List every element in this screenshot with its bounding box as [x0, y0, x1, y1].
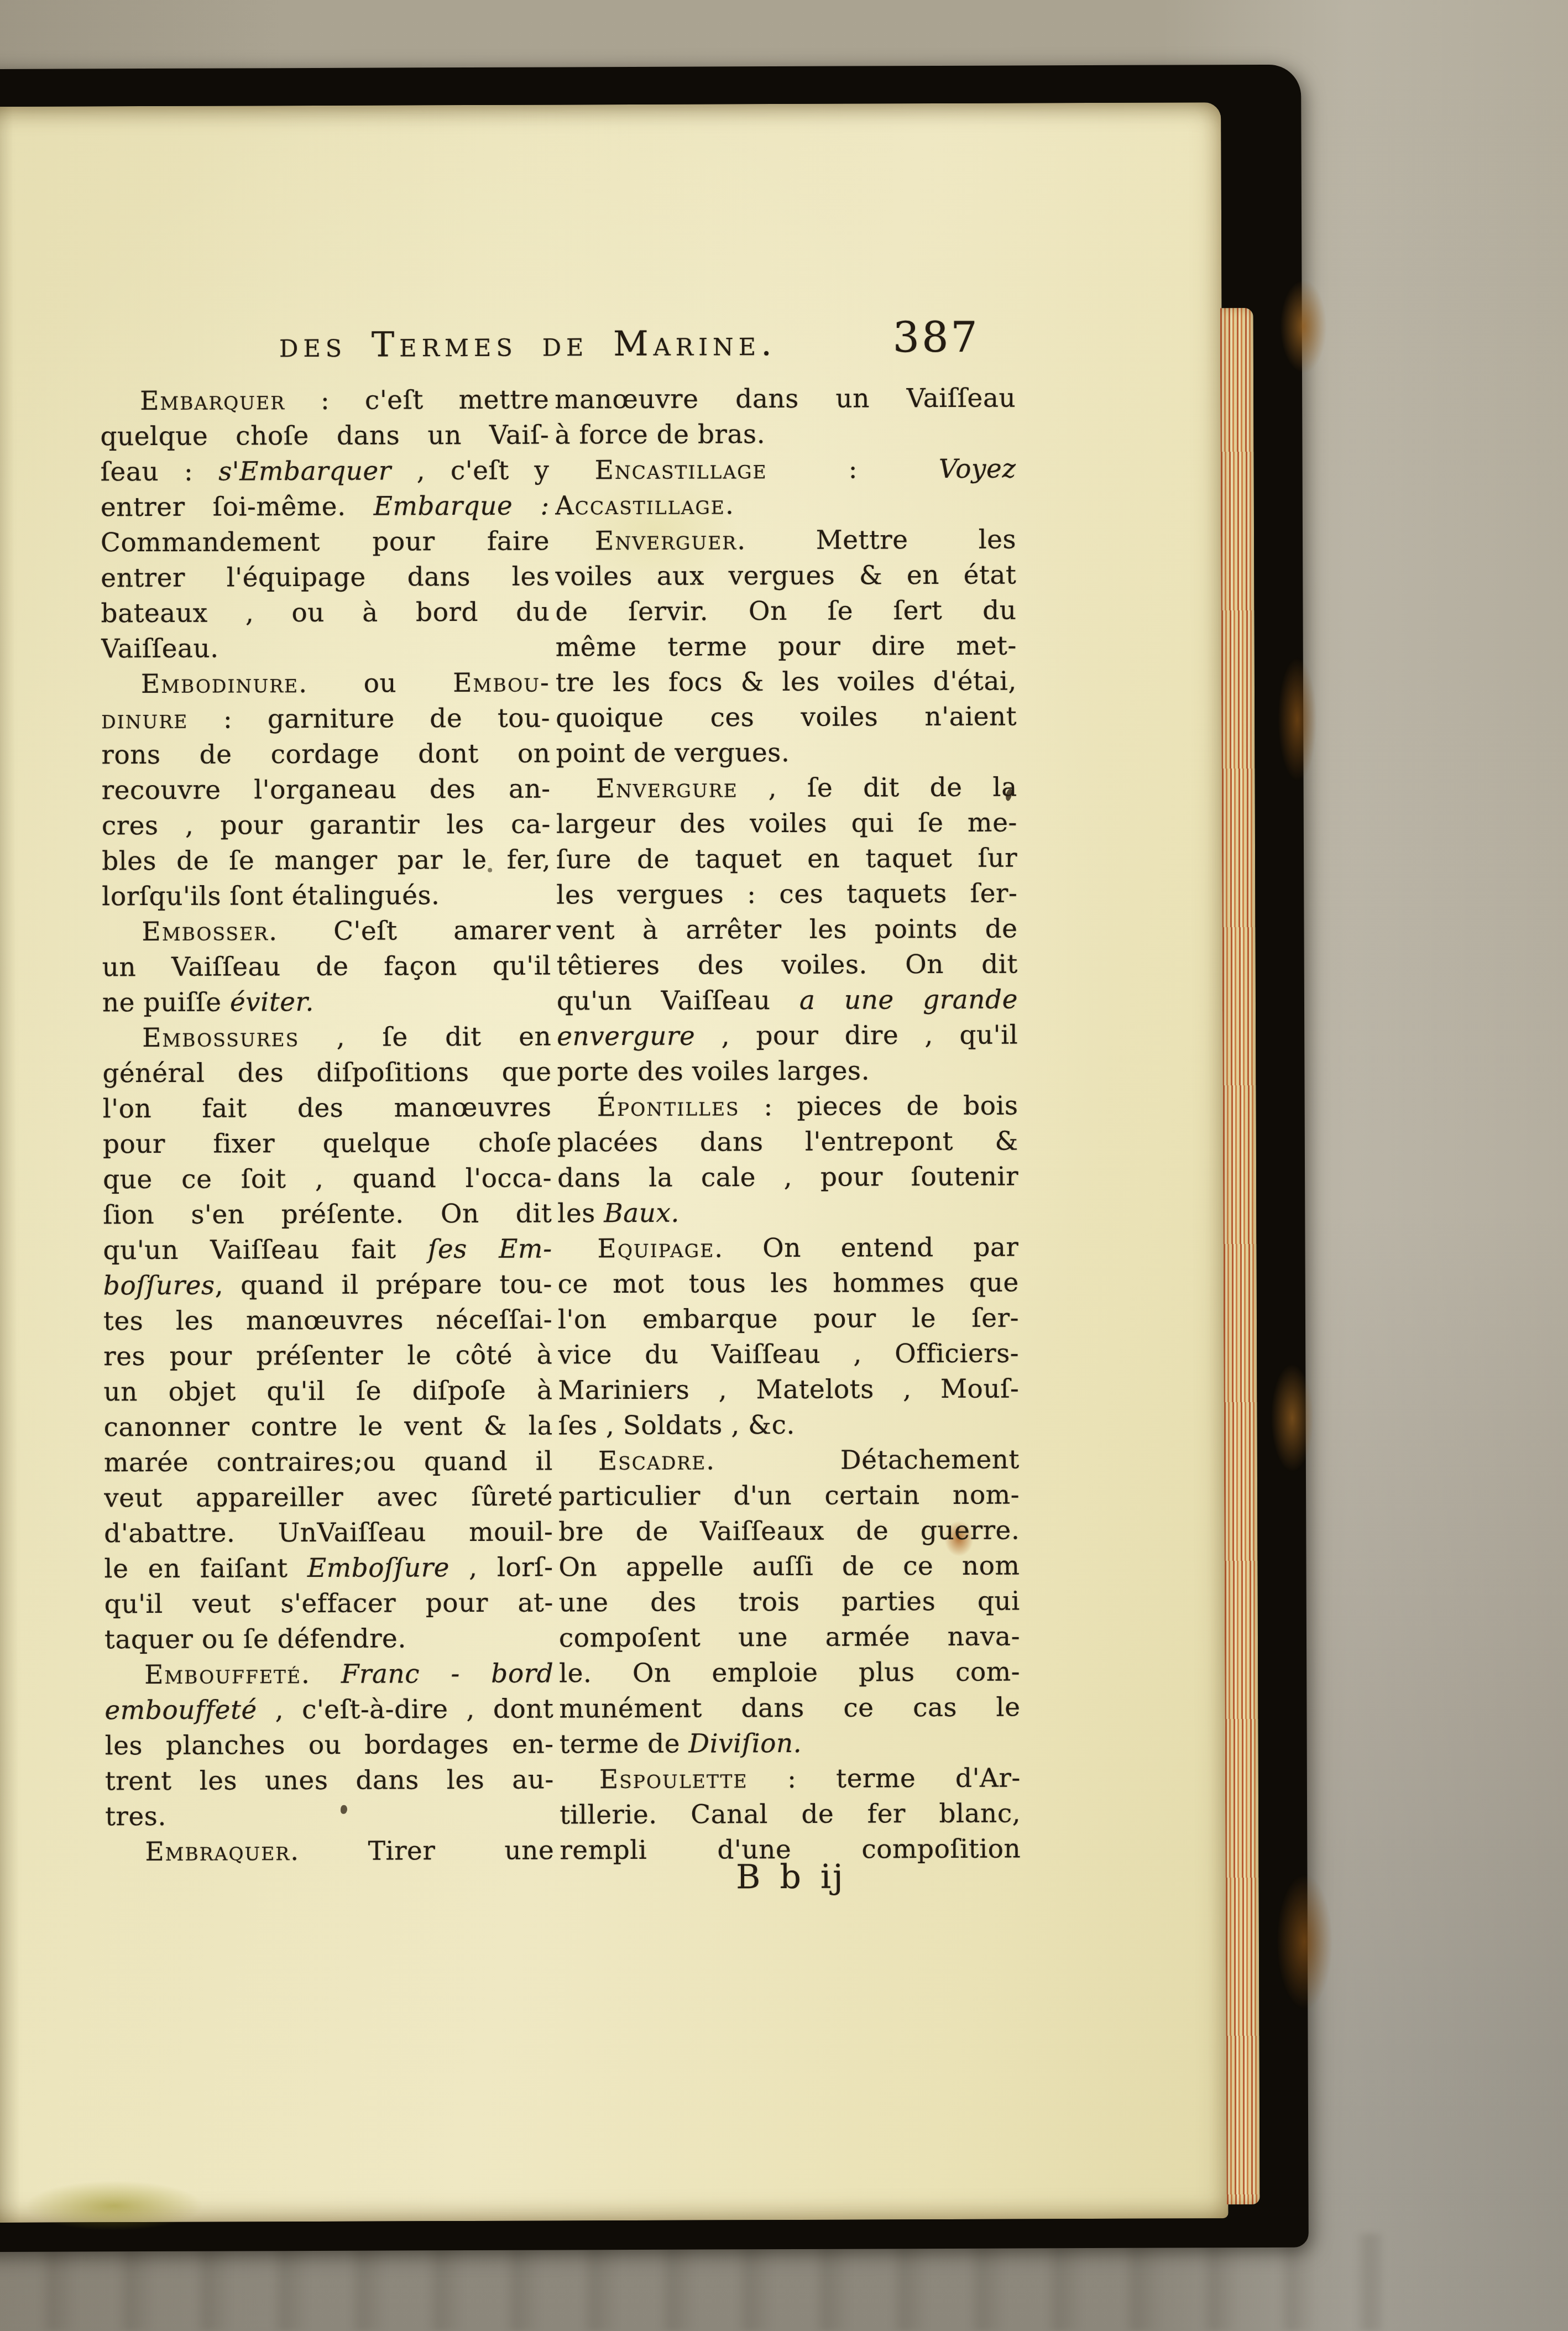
text-line: Envergure , ſe dit de la	[556, 770, 1017, 807]
body-text: ſure de taquet en taquet ſur	[556, 843, 1017, 875]
body-text: : c'eſt mettre	[285, 384, 549, 416]
text-line: Equipage. On entend par	[557, 1230, 1018, 1267]
text-line: Embosser. C'eſt amarer	[102, 913, 551, 950]
text-line: dinure : garniture de tou-	[101, 701, 550, 738]
body-text: d'abattre. UnVaiſſeau mouil-	[104, 1517, 553, 1549]
body-text: res pour préſenter le côté à	[103, 1340, 552, 1372]
text-line: Embodinure. ou Embou-	[101, 665, 550, 702]
body-text: . C'eſt amarer	[269, 915, 551, 947]
body-text: , c'eſt-à-dire , dont	[257, 1694, 554, 1725]
body-text: trent les unes dans les au-	[105, 1764, 554, 1796]
body-text: une des trois parties qui	[559, 1586, 1020, 1618]
body-text: ce mot tous les hommes que	[558, 1268, 1019, 1300]
body-text: bre de Vaiſſeaux de guerre.	[558, 1515, 1020, 1548]
body-text: canonner contre le vent & la	[104, 1410, 553, 1442]
body-text: taquer ou ſe défendre.	[104, 1623, 406, 1655]
text-line: voiles aux vergues & en état	[555, 558, 1016, 595]
body-text: , c'eſt y	[391, 455, 550, 486]
text-line: le en faiſant Emboſſure , lorſ-	[104, 1550, 553, 1587]
body-text: même terme pour dire met-	[556, 631, 1017, 663]
text-line: Espoulette : terme d'Ar-	[560, 1761, 1021, 1798]
text-line: tillerie. Canal de fer blanc,	[560, 1796, 1021, 1833]
text-line: tes les manœuvres néceſſai-	[103, 1302, 552, 1339]
text-line: point de vergues.	[556, 735, 1017, 772]
text-column-right: manœuvre dans un Vaiſſeauà force de bras…	[555, 381, 1021, 1869]
text-line: les Baux.	[557, 1195, 1018, 1232]
text-line: Embouffeté. Franc - bord	[104, 1656, 553, 1693]
text-line: Enverguer. Mettre les	[555, 522, 1016, 560]
text-line: qu'un Vaiſſeau a une grande	[557, 982, 1018, 1020]
text-line: terme de Diviſion.	[560, 1726, 1021, 1763]
body-text: compoſent une armée nava-	[559, 1622, 1020, 1654]
text-line: canonner contre le vent & la	[104, 1408, 553, 1445]
body-text: qu'il veut s'effacer pour at-	[104, 1587, 553, 1619]
body-text: : terme d'Ar-	[748, 1763, 1020, 1795]
text-line: l'on embarque pour le ſer-	[558, 1301, 1019, 1338]
italic-text: éviter.	[230, 987, 314, 1018]
body-text: lorſqu'ils ſont étalingués.	[102, 880, 440, 912]
text-line: qu'il veut s'effacer pour at-	[104, 1585, 553, 1622]
body-text: voiles aux vergues & en état	[555, 560, 1016, 592]
text-line: Mariniers , Matelots , Mouſ-	[558, 1372, 1019, 1409]
headword-text: Embarquer	[140, 385, 285, 416]
italic-text: embouffeté	[104, 1695, 257, 1726]
text-line: bateaux , ou à bord du	[101, 594, 550, 631]
page-fore-edge	[1220, 308, 1260, 2204]
text-line: marée contraires;ou quand il	[104, 1444, 553, 1481]
body-text: vent à arrêter les points de	[556, 914, 1017, 946]
text-line: bre de Vaiſſeaux de guerre.	[558, 1513, 1020, 1550]
body-text: ne puiſſe	[102, 987, 230, 1018]
text-line: envergure , pour dire , qu'il	[557, 1018, 1018, 1055]
body-text: général des diſpoſitions que	[102, 1057, 551, 1089]
text-line: rons de cordage dont on	[101, 736, 550, 773]
text-line: ne puiſſe éviter.	[102, 984, 551, 1021]
body-text: . Détachement	[706, 1445, 1020, 1476]
text-line: l'on fait des manœuvres	[103, 1090, 552, 1127]
body-text: dans la cale , pour ſoutenir	[557, 1162, 1018, 1194]
text-line: largeur des voiles qui ſe me-	[556, 806, 1017, 843]
body-text: à force de bras.	[555, 419, 765, 450]
italic-text: Embarque :	[374, 490, 550, 521]
body-text: vice du Vaiſſeau , Officiers-	[558, 1339, 1019, 1371]
body-text: que ce ſoit , quand l'occa-	[103, 1163, 552, 1195]
headword-text: Espoulette	[599, 1764, 748, 1795]
body-text: ſion s'en préſente. On dit	[103, 1198, 552, 1230]
body-text: . ou	[299, 668, 453, 699]
text-line: boſſures, quand il prépare tou-	[103, 1267, 552, 1304]
text-line: qu'un Vaiſſeau fait ſes Em-	[103, 1231, 552, 1268]
body-text: rons de cordage dont on	[101, 738, 550, 770]
body-text: manœuvre dans un Vaiſſeau	[555, 383, 1016, 415]
text-line: compoſent une armée nava-	[559, 1619, 1020, 1656]
text-line: porte des voiles larges.	[557, 1053, 1018, 1090]
body-text: . Mettre les	[737, 525, 1016, 556]
body-text: tes les manœuvres néceſſai-	[103, 1304, 552, 1336]
text-line: général des diſpoſitions que	[102, 1054, 551, 1091]
body-text: munément dans ce cas le	[559, 1692, 1020, 1724]
italic-text: boſſures	[103, 1271, 215, 1302]
text-line: taquer ou ſe défendre.	[104, 1621, 553, 1658]
body-text: les vergues : ces taquets ſer-	[556, 879, 1017, 911]
text-line: tres.	[105, 1797, 554, 1835]
text-line: une des trois parties qui	[559, 1584, 1020, 1621]
text-line: vent à arrêter les points de	[556, 912, 1017, 949]
italic-text: Voyez	[939, 454, 1016, 484]
body-text: un objet qu'il ſe diſpoſe à	[103, 1375, 552, 1407]
text-line: quelque choſe dans un Vaiſ-	[100, 417, 549, 454]
text-line: tre les focs & les voiles d'étai,	[556, 664, 1017, 701]
body-text: , quand il prépare tou-	[215, 1269, 552, 1300]
body-text: de ſervir. On ſe ſert du	[555, 595, 1016, 628]
headword-text: Accastillage.	[555, 490, 735, 521]
body-text: terme de	[560, 1729, 689, 1760]
body-text: l'on fait des manœuvres	[103, 1092, 552, 1124]
page-header: des Termes de Marine. 387	[80, 312, 1164, 377]
text-line: têtieres des voiles. On dit	[557, 947, 1018, 984]
headword-text: Encastillage	[595, 454, 767, 485]
headword-text: Equipage	[597, 1233, 714, 1264]
body-text: :	[767, 454, 939, 485]
text-line: Épontilles : pieces de bois	[557, 1089, 1018, 1126]
body-text: Commandement pour faire	[101, 526, 550, 558]
text-line: un Vaiſſeau de façon qu'il	[102, 948, 551, 985]
text-line: Accastillage.	[555, 487, 1016, 524]
text-line: ſes , Soldats , &c.	[558, 1407, 1020, 1444]
body-text: : pieces de bois	[740, 1091, 1018, 1122]
body-text: .	[301, 1659, 341, 1690]
italic-text: Diviſion.	[688, 1728, 802, 1759]
body-text: . Tirer une	[290, 1835, 554, 1867]
page-number: 387	[893, 312, 1026, 362]
body-text: entrer l'équipage dans les	[101, 561, 550, 593]
body-text: , pour dire , qu'il	[695, 1020, 1018, 1052]
text-line: particulier d'un certain nom-	[558, 1478, 1020, 1515]
text-line: quoique ces voiles n'aient	[556, 699, 1017, 736]
body-text: placées dans l'entrepont &	[557, 1126, 1018, 1158]
italic-text: Franc - bord	[341, 1658, 554, 1689]
text-line: entrer l'équipage dans les	[101, 559, 550, 596]
text-line: cres , pour garantir les ca-	[102, 807, 551, 844]
text-line: Embraquer. Tirer une	[105, 1833, 554, 1870]
body-text: qu'un Vaiſſeau fait	[103, 1234, 428, 1266]
text-line: veut appareiller avec ſûreté	[104, 1479, 553, 1516]
body-text: recouvre l'organeau des an-	[102, 773, 551, 806]
text-line: que ce ſoit , quand l'occa-	[103, 1161, 552, 1198]
text-line: recouvre l'organeau des an-	[102, 771, 551, 808]
headword-text: Embraquer	[145, 1836, 290, 1867]
body-text: : garniture de tou-	[188, 703, 550, 734]
headword-text: Embou-	[453, 667, 550, 698]
text-line: Encastillage : Voyez	[555, 452, 1016, 489]
text-line: Embossures , ſe dit en	[102, 1019, 551, 1056]
headword-text: Embossures	[142, 1022, 299, 1053]
text-line: les planches ou bordages en-	[105, 1727, 554, 1764]
text-line: On appelle auſſi de ce nom	[558, 1549, 1020, 1586]
headword-text: Embouffeté	[144, 1659, 301, 1690]
text-line: ce mot tous les hommes que	[558, 1266, 1019, 1303]
body-text: Mariniers , Matelots , Mouſ-	[558, 1374, 1019, 1406]
text-line: placées dans l'entrepont &	[557, 1124, 1018, 1161]
body-text: marée contraires;ou quand il	[104, 1446, 553, 1478]
page-title: des Termes de Marine.	[169, 322, 887, 365]
body-text: point de vergues.	[556, 738, 790, 769]
text-line: lorſqu'ils ſont étalingués.	[102, 877, 551, 914]
text-line: Vaiſſeau.	[101, 630, 550, 667]
body-text: ſes , Soldats , &c.	[558, 1410, 795, 1441]
body-text: , ſe dit en	[299, 1021, 551, 1053]
body-text: l'on embarque pour le ſer-	[558, 1303, 1019, 1335]
text-line: res pour préſenter le côté à	[103, 1337, 552, 1374]
italic-text: Emboſſure	[307, 1553, 450, 1583]
text-line: les vergues : ces taquets ſer-	[556, 876, 1017, 913]
text-line: pour fixer quelque choſe	[103, 1125, 552, 1162]
body-text: entrer ſoi-même.	[101, 492, 374, 523]
body-text: particulier d'un certain nom-	[558, 1480, 1020, 1512]
headword-text: Envergure	[596, 773, 738, 804]
headword-text: Embodinure	[141, 668, 299, 699]
body-text: , ſe dit de la	[738, 772, 1017, 804]
italic-text: s'Embarquer	[218, 456, 391, 487]
headword-text: Épontilles	[597, 1091, 740, 1122]
body-text: Vaiſſeau.	[101, 634, 219, 665]
italic-text: a une grande	[799, 985, 1018, 1016]
text-line: Embarquer : c'eſt mettre	[100, 382, 549, 419]
body-text: . On entend par	[714, 1232, 1019, 1264]
body-text: pour fixer quelque choſe	[103, 1127, 552, 1159]
text-line: ſeau : s'Embarquer , c'eſt y	[101, 453, 550, 490]
text-line: ſure de taquet en taquet ſur	[556, 841, 1017, 878]
headword-text: Escadre	[598, 1445, 707, 1476]
text-line: à force de bras.	[555, 416, 1016, 453]
headword-text: Enverguer	[595, 525, 737, 556]
book: des Termes de Marine. 387 Embarquer : c'…	[0, 0, 1568, 2331]
italic-text: envergure	[557, 1021, 695, 1052]
body-text: quelque choſe dans un Vaiſ-	[100, 420, 549, 452]
text-line: trent les unes dans les au-	[105, 1762, 554, 1799]
text-line: vice du Vaiſſeau , Officiers-	[558, 1336, 1019, 1373]
text-line: bles de ſe manger par le fer,	[102, 842, 551, 879]
text-line: un objet qu'il ſe diſpoſe à	[103, 1373, 552, 1410]
text-line: entrer ſoi-même. Embarque :	[101, 488, 550, 525]
body-text: veut appareiller avec ſûreté	[104, 1481, 553, 1513]
text-line: le. On emploie plus com-	[559, 1655, 1020, 1692]
text-line: Escadre. Détachement	[558, 1442, 1020, 1480]
headword-text: Embosser	[142, 916, 269, 947]
text-line: même terme pour dire met-	[556, 629, 1017, 666]
body-text: les	[557, 1198, 604, 1229]
body-text: largeur des voiles qui ſe me-	[556, 808, 1017, 840]
body-text: tres.	[105, 1801, 166, 1832]
body-text: tillerie. Canal de fer blanc,	[560, 1799, 1021, 1831]
body-text: qu'un Vaiſſeau	[557, 985, 799, 1017]
text-line: manœuvre dans un Vaiſſeau	[555, 381, 1016, 418]
body-text: un Vaiſſeau de façon qu'il	[102, 950, 551, 982]
text-column-left: Embarquer : c'eſt mettrequelque choſe da…	[100, 382, 554, 1870]
body-text: ſeau :	[101, 457, 219, 488]
body-text: le en faiſant	[104, 1553, 307, 1584]
text-line: ſion s'en préſente. On dit	[103, 1196, 552, 1233]
text-line: d'abattre. UnVaiſſeau mouil-	[104, 1514, 553, 1551]
italic-text: Baux.	[604, 1198, 680, 1229]
body-text: On appelle auſſi de ce nom	[558, 1551, 1020, 1583]
body-text: , lorſ-	[450, 1552, 553, 1583]
text-line: embouffeté , c'eſt-à-dire , dont	[104, 1691, 553, 1728]
text-line: munément dans ce cas le	[559, 1690, 1020, 1727]
body-text: têtieres des voiles. On dit	[557, 949, 1018, 981]
body-text: quoique ces voiles n'aient	[556, 702, 1017, 734]
book-scan: des Termes de Marine. 387 Embarquer : c'…	[0, 0, 1568, 2331]
text-line: Commandement pour faire	[101, 524, 550, 561]
body-text: porte des voiles larges.	[557, 1055, 870, 1087]
catchword: B b ij	[560, 1846, 1021, 1909]
body-text: les planches ou bordages en-	[105, 1729, 554, 1761]
italic-text: ſes Em-	[428, 1234, 552, 1264]
text-line: dans la cale , pour ſoutenir	[557, 1159, 1018, 1196]
body-text: le. On emploie plus com-	[559, 1657, 1020, 1689]
text-line: de ſervir. On ſe ſert du	[555, 593, 1016, 630]
body-text: bles de ſe manger par le fer,	[102, 844, 551, 876]
body-text: bateaux , ou à bord du	[101, 597, 550, 629]
body-text: tre les focs & les voiles d'étai,	[556, 666, 1017, 698]
headword-text: dinure	[101, 704, 188, 735]
body-text: cres , pour garantir les ca-	[102, 809, 551, 841]
